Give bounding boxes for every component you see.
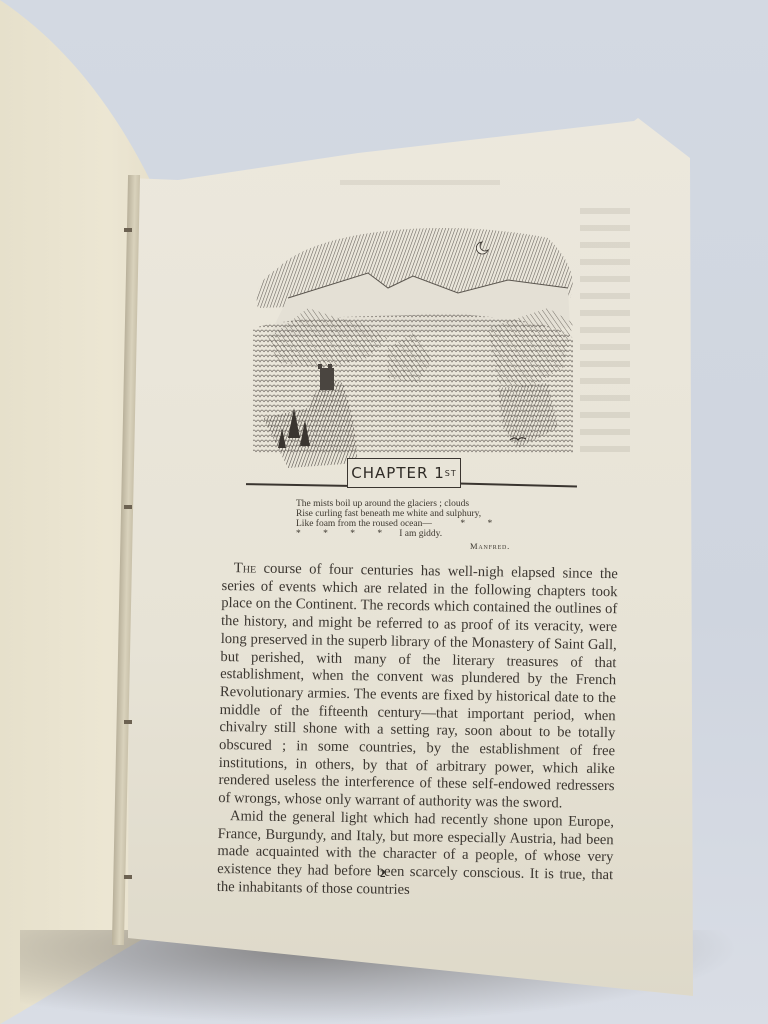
- chapter-heading: CHAPTER 1ST: [347, 458, 461, 488]
- paragraph: Amid the general light which had recentl…: [217, 808, 614, 903]
- epigraph-line: * * * * I am giddy.: [296, 529, 516, 539]
- epigraph-stars: * * * *: [296, 529, 392, 539]
- binding-stitch: [124, 228, 132, 232]
- paragraph: The course of four centuries has well-ni…: [218, 560, 618, 814]
- epigraph: The mists boil up around the glaciers ; …: [296, 499, 516, 539]
- page-number: 2: [380, 868, 386, 880]
- epigraph-line: Like foam from the roused ocean— * *: [296, 519, 516, 529]
- binding-stitch: [124, 875, 132, 879]
- chapter-word: CHAPTER: [351, 464, 428, 482]
- epigraph-line: The mists boil up around the glaciers ; …: [296, 499, 516, 509]
- paragraph-text: course of four centuries has well-nigh e…: [218, 561, 618, 812]
- binding-stitch: [124, 720, 132, 724]
- binding-stitch: [124, 505, 132, 509]
- epigraph-line: Rise curling fast beneath me white and s…: [296, 509, 516, 519]
- chapter-suffix: ST: [445, 469, 457, 478]
- epigraph-stars: * *: [460, 519, 502, 529]
- mountain-engraving-illustration: [248, 218, 578, 478]
- bleed-through-heading: [340, 180, 500, 197]
- paragraph-lead-word: The: [234, 560, 256, 576]
- bleed-through-text: [580, 208, 630, 458]
- epigraph-attribution: Manfred.: [470, 541, 510, 551]
- chapter-number: 1: [434, 464, 445, 482]
- paragraph-text: Amid the general light which had recentl…: [217, 808, 614, 898]
- body-text: The course of four centuries has well-ni…: [217, 560, 618, 903]
